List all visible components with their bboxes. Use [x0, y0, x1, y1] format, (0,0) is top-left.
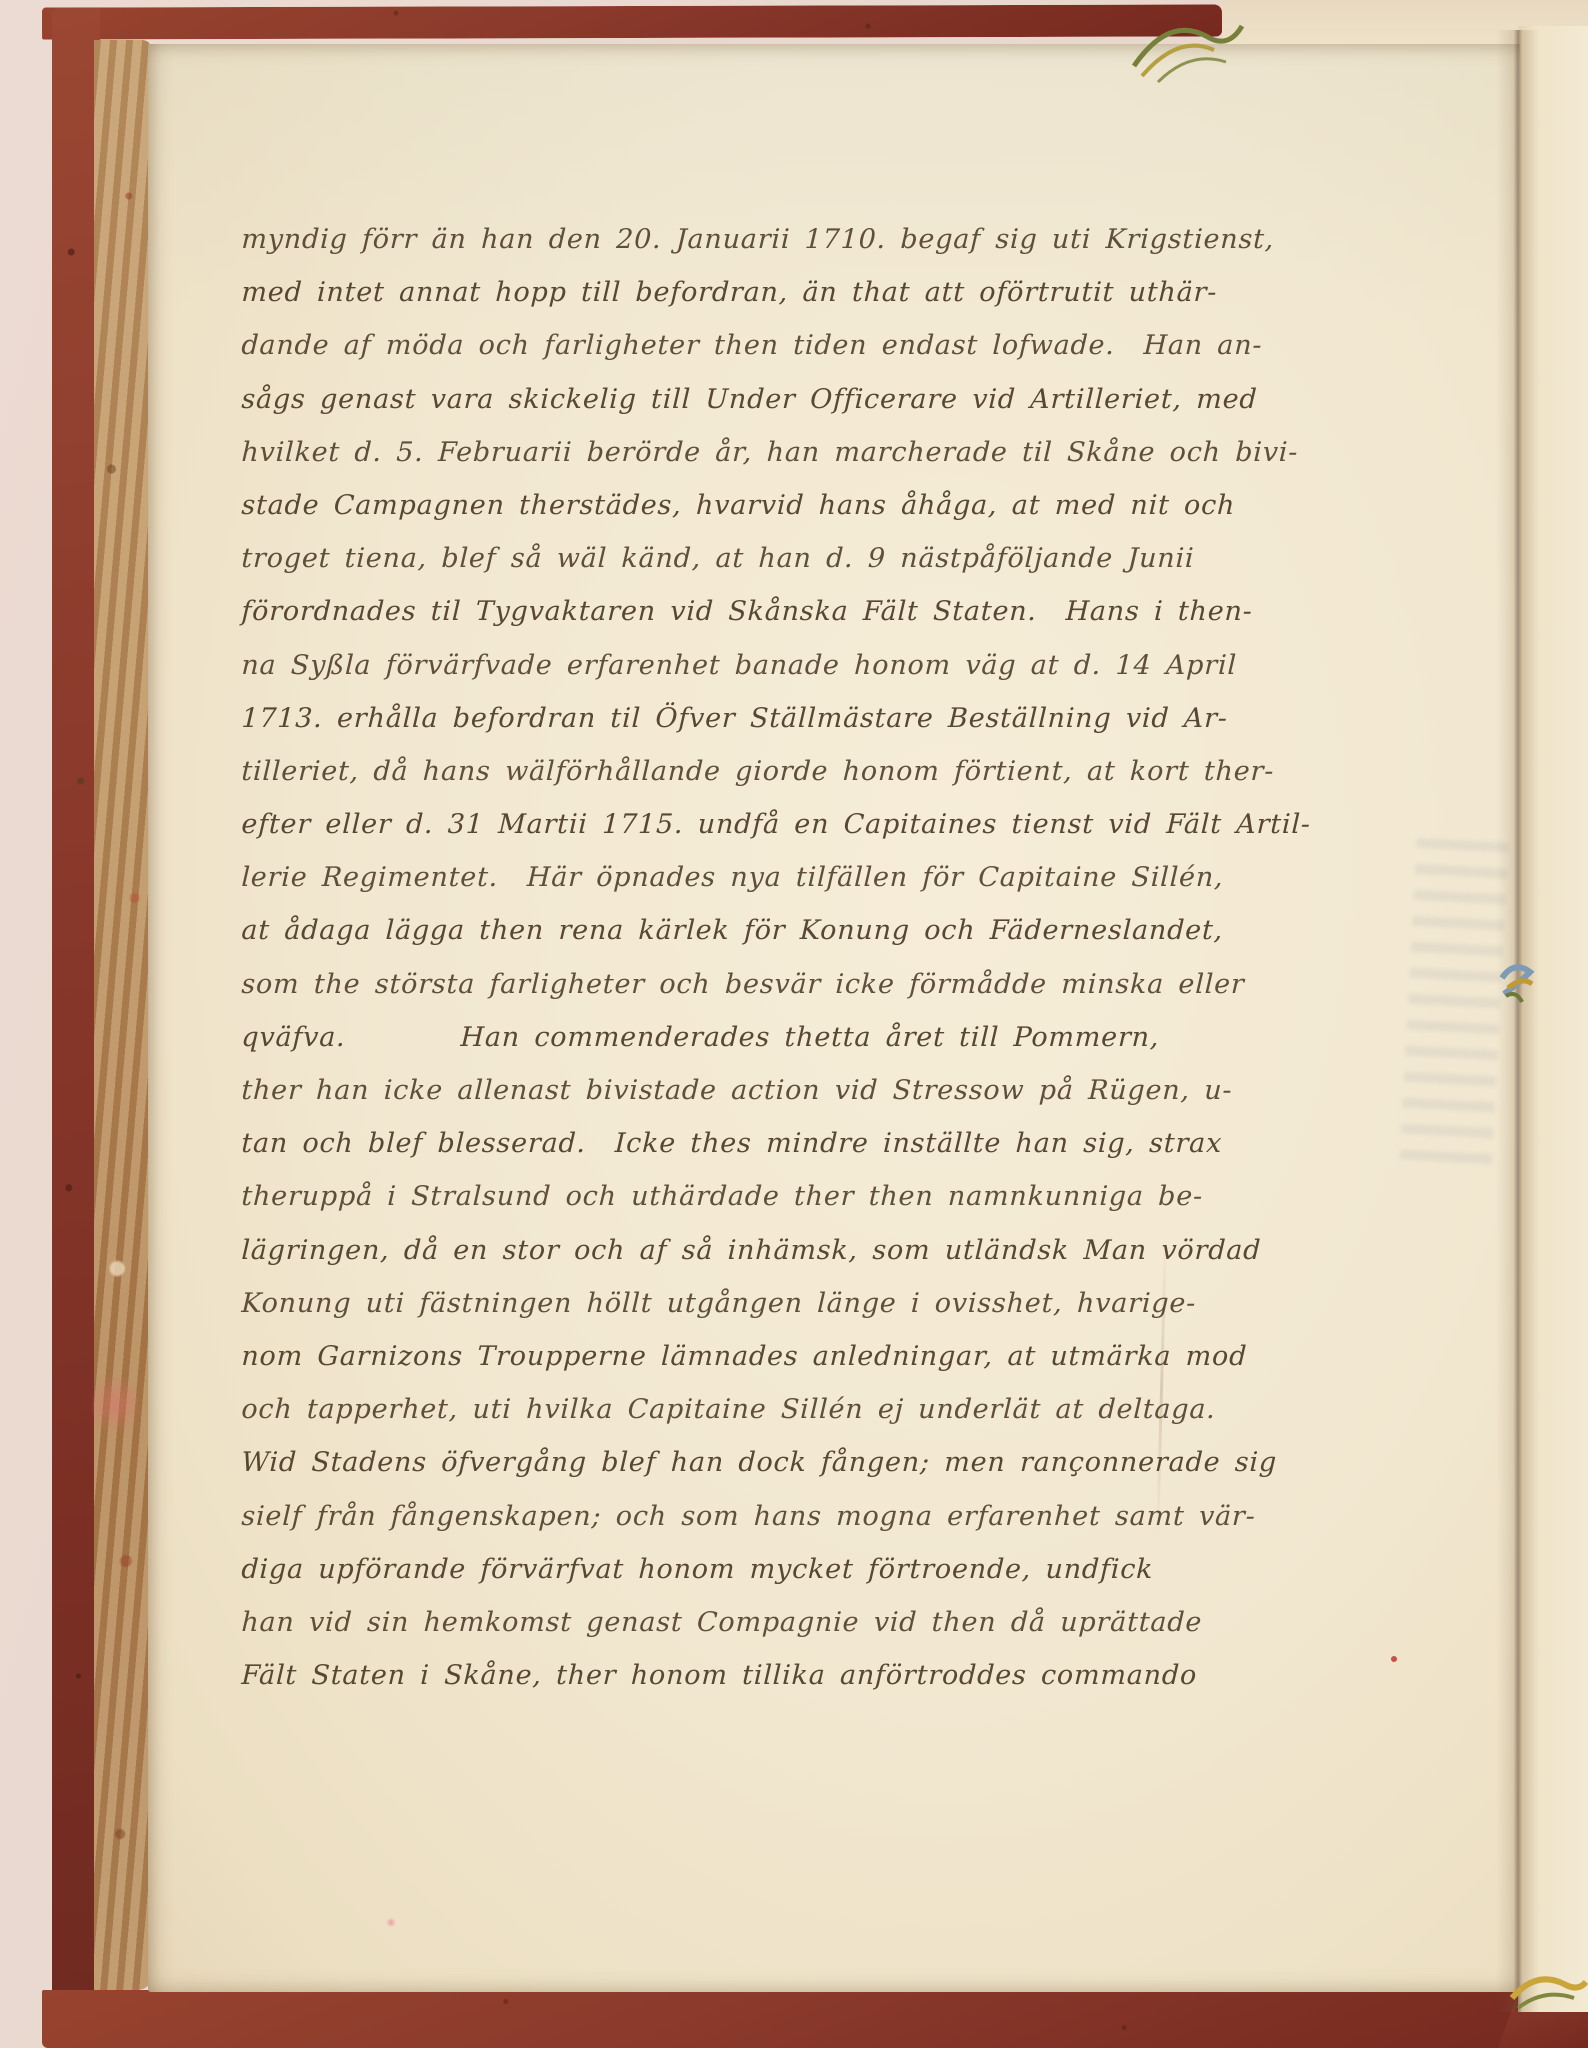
marbled-endpaper [94, 40, 152, 1990]
manuscript-line: theruppå i Stralsund och uthärdade ther … [240, 1181, 1432, 1234]
manuscript-line: han vid sin hemkomst genast Compagnie vi… [240, 1607, 1432, 1660]
endband-thread-top [1128, 6, 1248, 90]
manuscript-line: efter eller d. 31 Martii 1715. undfå en … [240, 809, 1432, 862]
manuscript-line: tilleriet, då hans wälförhållande giorde… [240, 756, 1432, 809]
manuscript-line: sågs genast vara skickelig till Under Of… [240, 384, 1432, 437]
manuscript-line: troget tiena, blef så wäl känd, at han d… [240, 543, 1432, 596]
manuscript-line: ther han icke allenast bivistade action … [240, 1075, 1432, 1128]
manuscript-line: 1713. erhålla befordran til Öfver Ställm… [240, 703, 1432, 756]
book-cover-left-edge [52, 8, 100, 2042]
manuscript-line: Fält Staten i Skåne, ther honom tillika … [240, 1660, 1432, 1713]
manuscript-line: dande af möda och farligheter then tiden… [240, 330, 1432, 383]
manuscript-line: stade Campagnen therstädes, hvarvid hans… [240, 490, 1432, 543]
manuscript-line: myndig förr än han den 20. Januarii 1710… [240, 224, 1432, 277]
red-stain [92, 1368, 138, 1440]
manuscript-line: diga upförande förvärfvat honom mycket f… [240, 1554, 1432, 1607]
endband-thread-bottom [1508, 1958, 1588, 2018]
pink-stain-dot [386, 1918, 396, 1927]
manuscript-line: förordnades til Tygvaktaren vid Skånska … [240, 596, 1432, 649]
manuscript-line: qväfva. Han commenderades thetta året ti… [240, 1022, 1432, 1075]
manuscript-line: at ådaga lägga then rena kärlek för Konu… [240, 915, 1432, 968]
manuscript-line: Wid Stadens öfvergång blef han dock fång… [240, 1447, 1432, 1500]
manuscript-line: hvilket d. 5. Februarii berörde år, han … [240, 437, 1432, 490]
manuscript-line: na Syßla förvärfvade erfarenhet banade h… [240, 650, 1432, 703]
manuscript-line: lägringen, då en stor och af så inhämsk,… [240, 1235, 1432, 1288]
red-ink-dot [1391, 1656, 1397, 1662]
book-cover-top-edge [42, 4, 1222, 39]
stitch-thread-middle [1492, 950, 1538, 1008]
manuscript-line: lerie Regimentet. Här öpnades nya tilfäl… [240, 862, 1432, 915]
manuscript-text-block: myndig förr än han den 20. Januarii 1710… [241, 224, 1431, 1713]
scanned-book-page: myndig förr än han den 20. Januarii 1710… [0, 0, 1588, 2048]
manuscript-line: med intet annat hopp till befordran, än … [240, 277, 1432, 330]
manuscript-line: som the största farligheter och besvär i… [240, 969, 1432, 1022]
manuscript-line: Konung uti fästningen höllt utgången län… [240, 1288, 1432, 1341]
book-cover-bottom-edge [42, 1990, 1588, 2048]
manuscript-line: sielf från fångenskapen; och som hans mo… [240, 1501, 1432, 1554]
manuscript-line: nom Garnizons Troupperne lämnades anledn… [240, 1341, 1432, 1394]
manuscript-line: tan och blef blesserad. Icke thes mindre… [240, 1128, 1432, 1181]
manuscript-line: och tapperhet, uti hvilka Capitaine Sill… [240, 1394, 1432, 1447]
gutter-shadow [1496, 30, 1540, 2012]
